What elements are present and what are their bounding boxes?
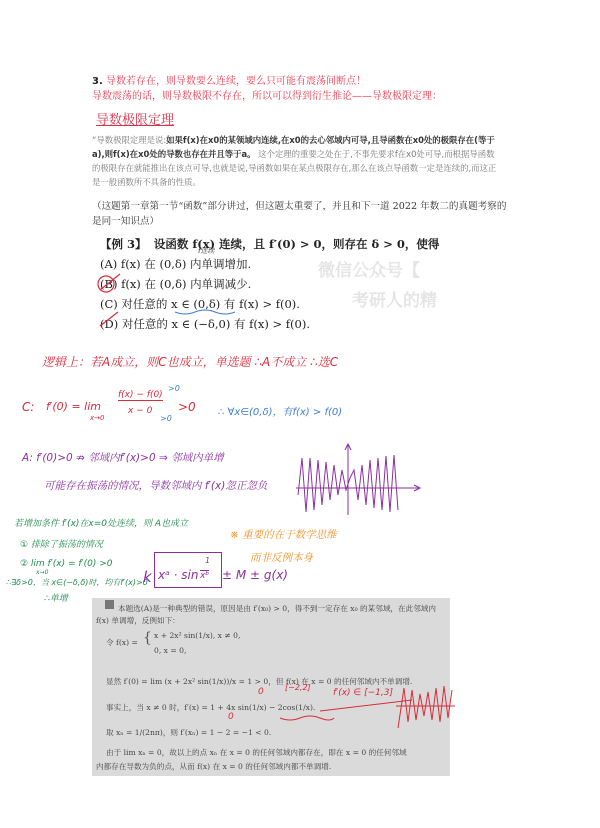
red-oscillation-sketch xyxy=(0,0,600,828)
